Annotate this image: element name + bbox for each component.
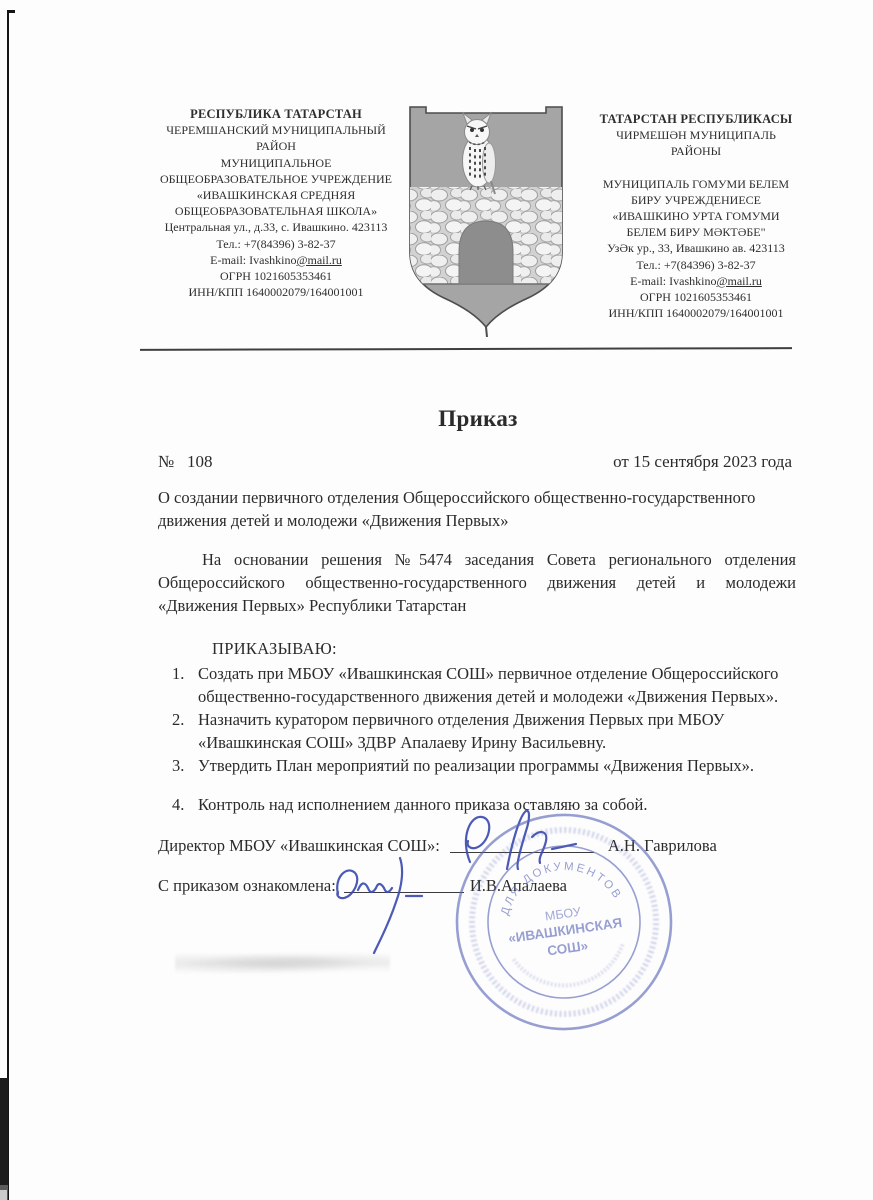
- org-ogrn: ОГРН 1021605353461: [584, 289, 808, 305]
- item-number: 2.: [172, 709, 198, 754]
- item-text: Создать при МБОУ «Ивашкинская СОШ» перви…: [198, 663, 804, 708]
- order-items-list: 1. Создать при МБОУ «Ивашкинская СОШ» пе…: [172, 663, 804, 817]
- org-address: УзӘк ур., 33, Ивашкино ав. 423113: [584, 240, 808, 256]
- org-title-ru: РЕСПУБЛИКА ТАТАРСТАН: [143, 106, 409, 122]
- item-text: Назначить куратором первичного отделения…: [198, 709, 804, 754]
- order-basis-paragraph: На основании решения №5474 заседания Сов…: [158, 548, 796, 617]
- org-email: E-mail: Ivashkino@mail.ru: [584, 273, 808, 289]
- command-word: ПРИКАЗЫВАЮ:: [212, 639, 337, 659]
- director-signature-row: Директор МБОУ «Ивашкинская СОШ»:А.Н. Гав…: [158, 836, 717, 856]
- director-label: Директор МБОУ «Ивашкинская СОШ»:: [158, 836, 440, 855]
- director-name: А.Н. Гаврилова: [608, 836, 717, 855]
- org-line: ОБЩЕОБРАЗОВАТЕЛЬНОЕ УЧРЕЖДЕНИЕ: [143, 171, 409, 187]
- org-line: МУНИЦИПАЛЬНОЕ: [143, 155, 409, 171]
- order-item: 3. Утвердить План мероприятий по реализа…: [172, 755, 804, 778]
- org-inn: ИНН/КПП 1640002079/164001001: [143, 284, 409, 300]
- item-number: 4.: [172, 794, 198, 817]
- org-line: МУНИЦИПАЛЬ ГОМУМИ БЕЛЕМ: [584, 176, 808, 192]
- org-line: ЧИРМЕШӘН МУНИЦИПАЛЬ: [584, 127, 808, 143]
- acquainted-name: И.В.Апалаева: [470, 876, 567, 895]
- org-line: «ИВАШКИНО УРТА ГОМУМИ: [584, 208, 808, 224]
- scan-edge-line: [7, 10, 9, 1200]
- acquainted-signature-row: С приказом ознакомлена:И.В.Апалаева: [158, 876, 567, 896]
- org-address: Центральная ул., д.33, с. Ивашкино. 4231…: [143, 219, 409, 235]
- stamp-center-line3: СОШ»: [546, 938, 589, 959]
- order-item: 4. Контроль над исполнением данного прик…: [172, 794, 804, 817]
- item-text: Утвердить План мероприятий по реализации…: [198, 755, 804, 778]
- order-item: 1. Создать при МБОУ «Ивашкинская СОШ» пе…: [172, 663, 804, 708]
- document-title: Приказ: [158, 406, 798, 432]
- signature-line: [344, 876, 464, 893]
- scan-edge-bottom-mark: [0, 1078, 8, 1190]
- order-number: № 108: [158, 452, 212, 472]
- spacer: [584, 160, 808, 176]
- acquainted-handwritten-signature: [328, 850, 462, 965]
- item-number: 1.: [172, 663, 198, 708]
- pencil-smudge: [175, 950, 390, 974]
- org-ogrn: ОГРН 1021605353461: [143, 268, 409, 284]
- scan-edge-hook: [7, 10, 15, 13]
- org-line: ЧЕРЕМШАНСКИЙ МУНИЦИПАЛЬНЫЙ: [143, 122, 409, 138]
- stamp-bottom-faux-text: [514, 944, 628, 992]
- school-round-stamp: ДЛЯ ДОКУМЕНТОВ МБОУ «ИВАШКИНСКАЯ СОШ»: [432, 790, 696, 1054]
- org-email-prefix: E-mail: Ivashkino: [210, 253, 296, 267]
- org-line: ОБЩЕОБРАЗОВАТЕЛЬНАЯ ШКОЛА»: [143, 203, 409, 219]
- org-line: РАЙОН: [143, 138, 409, 154]
- item-number: 3.: [172, 755, 198, 778]
- org-email-prefix: E-mail: Ivashkino: [630, 274, 716, 288]
- coat-of-arms-icon: [401, 101, 571, 337]
- letterhead-tatar: ТАТАРСТАН РЕСПУБЛИКАСЫ ЧИРМЕШӘН МУНИЦИПА…: [584, 111, 808, 321]
- scan-edge-fade: [0, 1185, 8, 1200]
- order-date: от 15 сентября 2023 года: [613, 452, 792, 472]
- stamp-center-line1: МБОУ: [544, 905, 582, 924]
- acquainted-label: С приказом ознакомлена:: [158, 876, 336, 895]
- org-phone: Тел.: +7(84396) 3-82-37: [143, 236, 409, 252]
- order-subject: О создании первичного отделения Общеросс…: [158, 486, 802, 532]
- org-line: РАЙОНЫ: [584, 143, 808, 159]
- org-line: БИРУ УЧРЕЖДЕНИЕСЕ: [584, 192, 808, 208]
- scanned-page: РЕСПУБЛИКА ТАТАРСТАН ЧЕРЕМШАНСКИЙ МУНИЦИ…: [0, 0, 873, 1200]
- letterhead-russian: РЕСПУБЛИКА ТАТАРСТАН ЧЕРЕМШАНСКИЙ МУНИЦИ…: [143, 106, 409, 300]
- signature-line: [450, 836, 594, 853]
- stamp-center-line2: «ИВАШКИНСКАЯ: [507, 915, 623, 946]
- org-inn: ИНН/КПП 1640002079/164001001: [584, 305, 808, 321]
- number-date-row: № 108 от 15 сентября 2023 года: [158, 452, 792, 472]
- header-separator-line: [140, 347, 792, 351]
- org-email-domain: @mail.ru: [716, 274, 761, 288]
- org-line: «ИВАШКИНСКАЯ СРЕДНЯЯ: [143, 187, 409, 203]
- spacer: [172, 779, 804, 794]
- org-phone: Тел.: +7(84396) 3-82-37: [584, 257, 808, 273]
- org-email-domain: @mail.ru: [296, 253, 341, 267]
- org-line: БЕЛЕМ БИРУ МӘКТӘБЕ": [584, 224, 808, 240]
- order-item: 2. Назначить куратором первичного отделе…: [172, 709, 804, 754]
- item-text: Контроль над исполнением данного приказа…: [198, 794, 804, 817]
- org-email: E-mail: Ivashkino@mail.ru: [143, 252, 409, 268]
- coat-of-arms-svg: [401, 101, 571, 337]
- org-title-tt: ТАТАРСТАН РЕСПУБЛИКАСЫ: [584, 111, 808, 127]
